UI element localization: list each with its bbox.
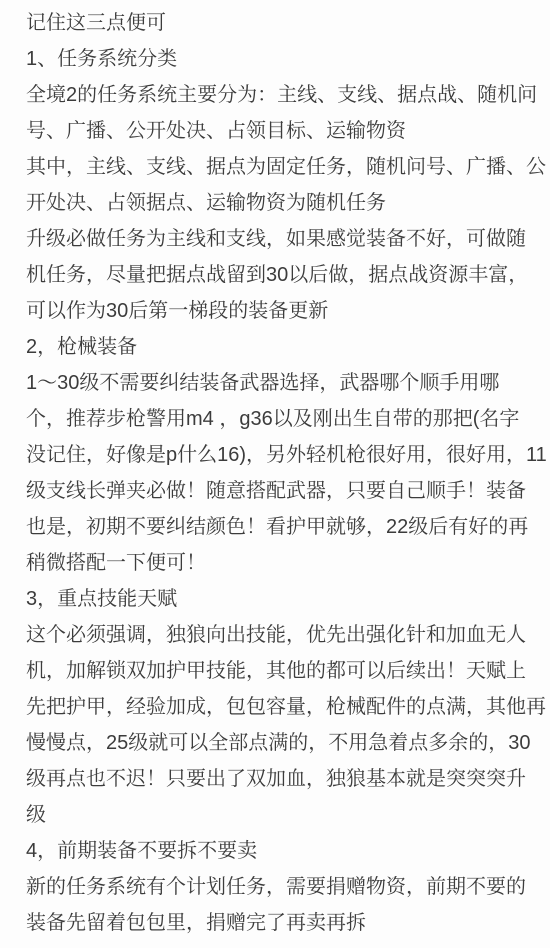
text-line: 级再点也不迟！只要出了双加血，独狼基本就是突突突升 — [26, 761, 536, 797]
text-line: 没记住，好像是p什么16)，另外轻机枪很好用，很好用，11 — [26, 437, 536, 473]
text-line: 可以作为30后第一梯段的装备更新 — [26, 293, 536, 329]
text-line: 也是，初期不要纠结颜色！看护甲就够，22级后有好的再 — [26, 509, 536, 545]
text-line: 级支线长弹夹必做！随意搭配武器，只要自己顺手！装备 — [26, 473, 536, 509]
text-line: 先把护甲，经验加成，包包容量，枪械配件的点满，其他再 — [26, 689, 536, 725]
text-line: 3，重点技能天赋 — [26, 581, 536, 617]
text-line: 记住这三点便可 — [26, 5, 536, 41]
text-line: 新的任务系统有个计划任务，需要捐赠物资，前期不要的 — [26, 869, 536, 905]
text-line: 2，枪械装备 — [26, 329, 536, 365]
text-line: 机，加解锁双加护甲技能，其他的都可以后续出！天赋上 — [26, 653, 536, 689]
text-line: 慢慢点，25级就可以全部点满的，不用急着点多余的，30 — [26, 725, 536, 761]
text-line: 1、任务系统分类 — [26, 41, 536, 77]
text-line: 其中，主线、支线、据点为固定任务，随机问号、广播、公 — [26, 149, 536, 185]
text-line: 这个必须强调，独狼向出技能，优先出强化针和加血无人 — [26, 617, 536, 653]
text-line: 4，前期装备不要拆不要卖 — [26, 833, 536, 869]
text-line: 升级必做任务为主线和支线，如果感觉装备不好，可做随 — [26, 221, 536, 257]
text-line: 号、广播、公开处决、占领目标、运输物资 — [26, 113, 536, 149]
text-line: 开处决、占领据点、运输物资为随机任务 — [26, 185, 536, 221]
article-text: 记住这三点便可 1、任务系统分类 全境2的任务系统主要分为：主线、支线、据点战、… — [0, 0, 550, 948]
text-line: 稍微搭配一下便可！ — [26, 545, 536, 581]
text-line: 机任务，尽量把据点战留到30以后做，据点战资源丰富， — [26, 257, 536, 293]
text-line: 1～30级不需要纠结装备武器选择，武器哪个顺手用哪 — [26, 365, 536, 401]
text-line: 个，推荐步枪警用m4 ，g36以及刚出生自带的那把(名字 — [26, 401, 536, 437]
text-line: 级 — [26, 797, 536, 833]
text-line: 装备先留着包包里，捐赠完了再卖再拆 — [26, 905, 536, 941]
text-line: 全境2的任务系统主要分为：主线、支线、据点战、随机问 — [26, 77, 536, 113]
